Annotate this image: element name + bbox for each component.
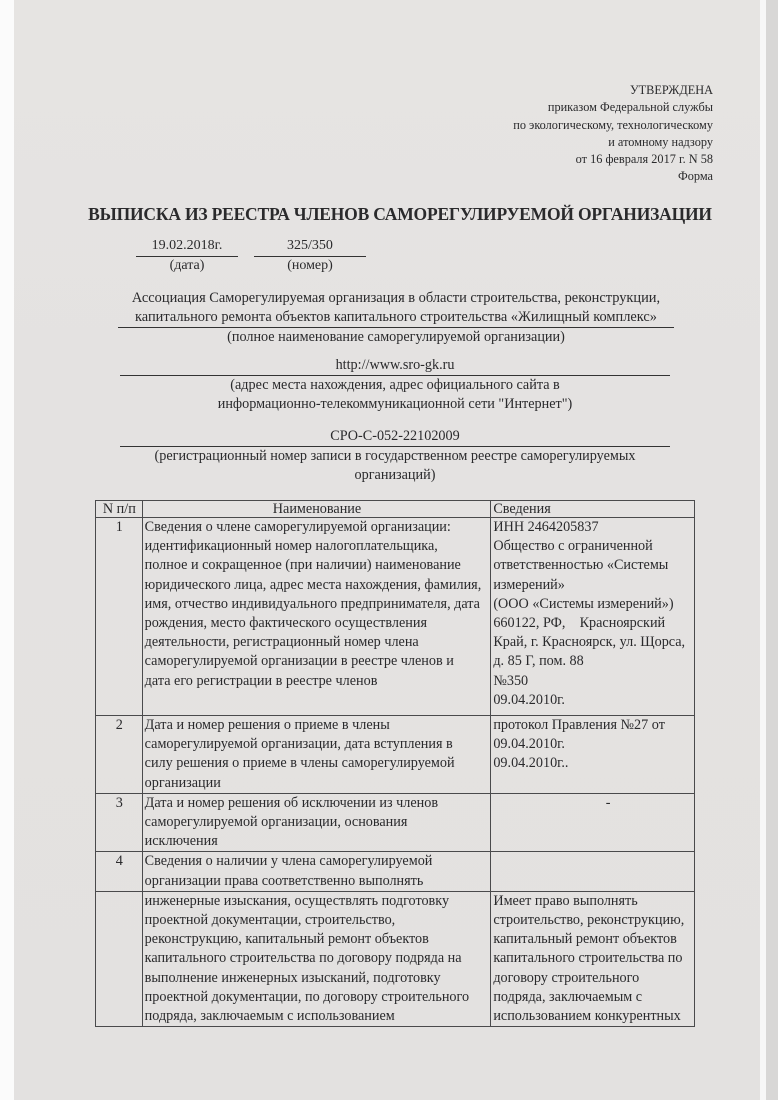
row-name-line: рождения, место фактического осуществлен…: [145, 614, 490, 633]
table-row: 1Сведения о члене саморегулируемой орган…: [96, 518, 695, 716]
website-caption-line1: (адрес места нахождения, адрес официальн…: [120, 376, 670, 395]
registration-value: СРО-С-052-22102009: [120, 427, 670, 447]
website-block: http://www.sro-gk.ru (адрес места нахожд…: [120, 356, 670, 414]
approval-stamp-block: УТВЕРЖДЕНА приказом Федеральной службы п…: [513, 82, 713, 186]
row-info-line: ответственностью «Системы: [493, 556, 693, 575]
registration-block: СРО-С-052-22102009 (регистрационный номе…: [120, 427, 670, 485]
row-info-line: ИНН 2464205837: [493, 518, 693, 537]
row-info-line: Имеет право выполнять: [493, 892, 693, 911]
approval-line: УТВЕРЖДЕНА: [513, 82, 713, 99]
approval-line: приказом Федеральной службы: [513, 99, 713, 116]
row-name: Дата и номер решения об исключении из чл…: [142, 793, 491, 852]
row-name-line: организации права соответственно выполня…: [145, 872, 490, 891]
row-info-line: 09.04.2010г..: [493, 754, 693, 773]
row-number: 1: [96, 518, 143, 716]
row-info-line: -: [576, 794, 611, 813]
row-name-line: Дата и номер решения об исключении из чл…: [145, 794, 490, 813]
row-name-line: организации: [145, 774, 490, 793]
row-info: ИНН 2464205837Общество с ограниченнойотв…: [491, 518, 695, 716]
row-info-line: 09.04.2010г.: [493, 691, 693, 710]
website-caption-line2: информационно-телекоммуникационной сети …: [120, 395, 670, 414]
row-info-line: протокол Правления №27 от: [493, 716, 693, 735]
header-num: N п/п: [96, 501, 143, 518]
header-name: Наименование: [142, 501, 491, 518]
organization-name-line2: капитального ремонта объектов капитально…: [118, 308, 674, 328]
adjacent-page-edge: [766, 0, 778, 1100]
row-name-line: подряда, заключаемым с использованием: [145, 1007, 490, 1026]
approval-line: Форма: [513, 168, 713, 185]
row-name-line: Сведения о члене саморегулируемой органи…: [145, 518, 490, 537]
row-name-line: капитального строительства по договору п…: [145, 949, 490, 968]
table-row: 3Дата и номер решения об исключении из ч…: [96, 793, 695, 852]
approval-line: от 16 февраля 2017 г. N 58: [513, 151, 713, 168]
row-info-line: 09.04.2010г.: [493, 735, 693, 754]
row-info-line: №350: [493, 672, 693, 691]
row-info-line: договору строительного: [493, 969, 693, 988]
table-row: 2Дата и номер решения о приеме в членыса…: [96, 716, 695, 794]
number-value: 325/350: [254, 237, 366, 257]
table-header-row: N п/п Наименование Сведения: [96, 501, 695, 518]
table-row: 4Сведения о наличии у члена саморегулиру…: [96, 852, 695, 891]
row-name-line: силу решения о приеме в члены саморегули…: [145, 754, 490, 773]
row-name: инженерные изыскания, осуществлять подго…: [142, 891, 491, 1026]
row-name-line: инженерные изыскания, осуществлять подго…: [145, 892, 490, 911]
row-name-line: имя, отчество индивидуального предприним…: [145, 595, 490, 614]
date-value: 19.02.2018г.: [136, 237, 238, 257]
row-name-line: саморегулируемой организации, дата вступ…: [145, 735, 490, 754]
row-name-line: реконструкцию, капитальный ремонт объект…: [145, 930, 490, 949]
number-caption: (номер): [254, 257, 366, 275]
row-info-line: Общество с ограниченной: [493, 537, 693, 556]
row-info: [491, 852, 695, 891]
row-number: 2: [96, 716, 143, 794]
row-name-line: полное и сокращенное (при наличии) наиме…: [145, 556, 490, 575]
organization-name-line1: Ассоциация Саморегулируемая организация …: [118, 289, 674, 308]
row-name-line: Дата и номер решения о приеме в члены: [145, 716, 490, 735]
row-name-line: Сведения о наличии у члена саморегулируе…: [145, 852, 490, 871]
registration-caption-line1: (регистрационный номер записи в государс…: [120, 447, 670, 466]
row-name-line: идентификационный номер налогоплательщик…: [145, 537, 490, 556]
row-number: 3: [96, 793, 143, 852]
website-value: http://www.sro-gk.ru: [120, 356, 670, 376]
row-info: -: [491, 793, 695, 852]
row-name-line: деятельности, регистрационный номер член…: [145, 633, 490, 652]
row-name-line: юридического лица, адрес места нахождени…: [145, 576, 490, 595]
row-number: [96, 891, 143, 1026]
row-info-line: использованием конкурентных: [493, 1007, 693, 1026]
row-name: Дата и номер решения о приеме в членысам…: [142, 716, 491, 794]
row-name-line: исключения: [145, 832, 490, 851]
date-field: 19.02.2018г. (дата): [136, 237, 238, 275]
scan-left-margin: [0, 0, 14, 1100]
row-info: протокол Правления №27 от09.04.2010г.09.…: [491, 716, 695, 794]
registry-table: N п/п Наименование Сведения 1Сведения о …: [95, 500, 695, 1027]
row-name-line: саморегулируемой организации в реестре ч…: [145, 652, 490, 671]
row-info-line: 660122, РФ, Красноярский: [493, 614, 693, 633]
row-name-line: выполнение инженерных изысканий, подгото…: [145, 969, 490, 988]
row-info-line: д. 85 Г, пом. 88: [493, 652, 693, 671]
date-caption: (дата): [136, 257, 238, 275]
row-number: 4: [96, 852, 143, 891]
organization-caption: (полное наименование саморегулируемой ор…: [118, 328, 674, 347]
row-name-line: проектной документации, по договору стро…: [145, 988, 490, 1007]
approval-line: и атомному надзору: [513, 134, 713, 151]
row-name-line: саморегулируемой организации, основания: [145, 813, 490, 832]
row-name-line: дата его регистрации в реестре членов: [145, 672, 490, 691]
document-title: ВЫПИСКА ИЗ РЕЕСТРА ЧЛЕНОВ САМОРЕГУЛИРУЕМ…: [80, 204, 720, 225]
row-info-line: (ООО «Системы измерений»): [493, 595, 693, 614]
registration-caption-line2: организаций): [120, 466, 670, 485]
row-info: Имеет право выполнятьстроительство, реко…: [491, 891, 695, 1026]
row-name-line: проектной документации, строительство,: [145, 911, 490, 930]
row-info-line: капитальный ремонт объектов: [493, 930, 693, 949]
row-info-line: подряда, заключаемым с: [493, 988, 693, 1007]
row-info-line: строительство, реконструкцию,: [493, 911, 693, 930]
row-info-line: измерений»: [493, 576, 693, 595]
table-row: инженерные изыскания, осуществлять подго…: [96, 891, 695, 1026]
row-name: Сведения о члене саморегулируемой органи…: [142, 518, 491, 716]
number-field: 325/350 (номер): [254, 237, 366, 275]
organization-block: Ассоциация Саморегулируемая организация …: [118, 289, 674, 347]
row-info-line: капитального строительства по: [493, 949, 693, 968]
approval-line: по экологическому, технологическому: [513, 117, 713, 134]
row-info-line: Край, г. Красноярск, ул. Щорса,: [493, 633, 693, 652]
header-info: Сведения: [491, 501, 695, 518]
row-name: Сведения о наличии у члена саморегулируе…: [142, 852, 491, 891]
